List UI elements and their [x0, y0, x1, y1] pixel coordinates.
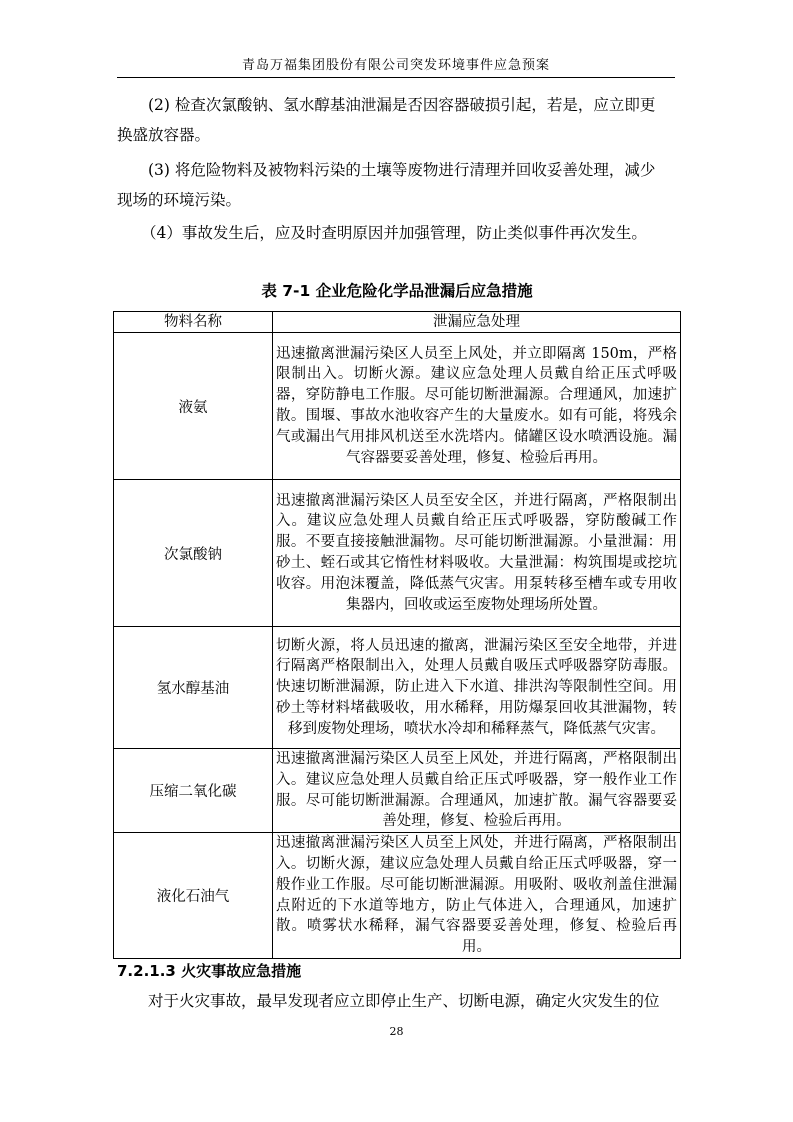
material-name: 液氨 [114, 333, 273, 480]
paragraph-line: (2) 检查次氯酸钠、氢水醇基油泄漏是否因容器破损引起，若是，应立即更 [148, 96, 655, 114]
material-name: 液化石油气 [114, 833, 273, 959]
table-row: 次氯酸钠 迅速撤离泄漏污染区人员至安全区，并进行隔离，严格限制出入。建议应急处理… [114, 480, 681, 627]
material-name: 压缩二氧化碳 [114, 749, 273, 833]
column-header-material: 物料名称 [114, 312, 273, 333]
table-row: 液化石油气 迅速撤离泄漏污染区人员至上风处，并进行隔离，严格限制出入。切断火源，… [114, 833, 681, 959]
table-header-row: 物料名称 泄漏应急处理 [114, 312, 681, 333]
paragraph-line: 换盛放容器。 [117, 126, 210, 144]
table-caption: 表 7-1 企业危险化学品泄漏后应急措施 [113, 279, 681, 301]
paragraph-line: 对于火灾事故，最早发现者应立即停止生产、切断电源，确定火灾发生的位 [148, 992, 660, 1010]
page-number: 28 [0, 1025, 793, 1038]
paragraph-item-3: (3) 将危险物料及被物料污染的土壤等废物进行清理并回收妥善处理，减少 现场的环… [117, 155, 677, 215]
paragraph-item-2: (2) 检查次氯酸钠、氢水醇基油泄漏是否因容器破损引起，若是，应立即更 换盛放容… [117, 90, 677, 150]
paragraph-line: (3) 将危险物料及被物料污染的土壤等废物进行清理并回收妥善处理，减少 [148, 161, 655, 179]
material-name: 氢水醇基油 [114, 627, 273, 749]
emergency-measures-table: 物料名称 泄漏应急处理 液氨 迅速撤离泄漏污染区人员至上风处，并立即隔离 150… [113, 311, 681, 959]
paragraph-item-4: （4）事故发生后，应及时查明原因并加强管理，防止类似事件再次发生。 [117, 218, 677, 248]
material-name: 次氯酸钠 [114, 480, 273, 627]
paragraph-line: （4）事故发生后，应及时查明原因并加强管理，防止类似事件再次发生。 [141, 224, 647, 242]
leak-measure: 迅速撤离泄漏污染区人员至上风处，并进行隔离，严格限制出入。切断火源，建议应急处理… [273, 833, 681, 959]
table-row: 氢水醇基油 切断火源，将人员迅速的撤离，泄漏污染区至安全地带，并进行隔离严格限制… [114, 627, 681, 749]
leak-measure: 迅速撤离泄漏污染区人员至安全区，并进行隔离，严格限制出入。建议应急处理人员戴自给… [273, 480, 681, 627]
leak-measure: 迅速撤离泄漏污染区人员至上风处，并进行隔离，严格限制出入。建议应急处理人员戴自给… [273, 749, 681, 833]
leak-measure: 切断火源，将人员迅速的撤离，泄漏污染区至安全地带，并进行隔离严格限制出入，处理人… [273, 627, 681, 749]
closing-paragraph: 对于火灾事故，最早发现者应立即停止生产、切断电源，确定火灾发生的位 [117, 986, 677, 1016]
leak-measure: 迅速撤离泄漏污染区人员至上风处，并立即隔离 150m，严格限制出入。切断火源。建… [273, 333, 681, 480]
table-row: 液氨 迅速撤离泄漏污染区人员至上风处，并立即隔离 150m，严格限制出入。切断火… [114, 333, 681, 480]
paragraph-line: 现场的环境污染。 [117, 191, 241, 209]
section-heading: 7.2.1.3 火灾事故应急措施 [117, 960, 301, 981]
table-row: 压缩二氧化碳 迅速撤离泄漏污染区人员至上风处，并进行隔离，严格限制出入。建议应急… [114, 749, 681, 833]
column-header-measures: 泄漏应急处理 [273, 312, 681, 333]
running-header: 青岛万福集团股份有限公司突发环境事件应急预案 [117, 58, 675, 78]
